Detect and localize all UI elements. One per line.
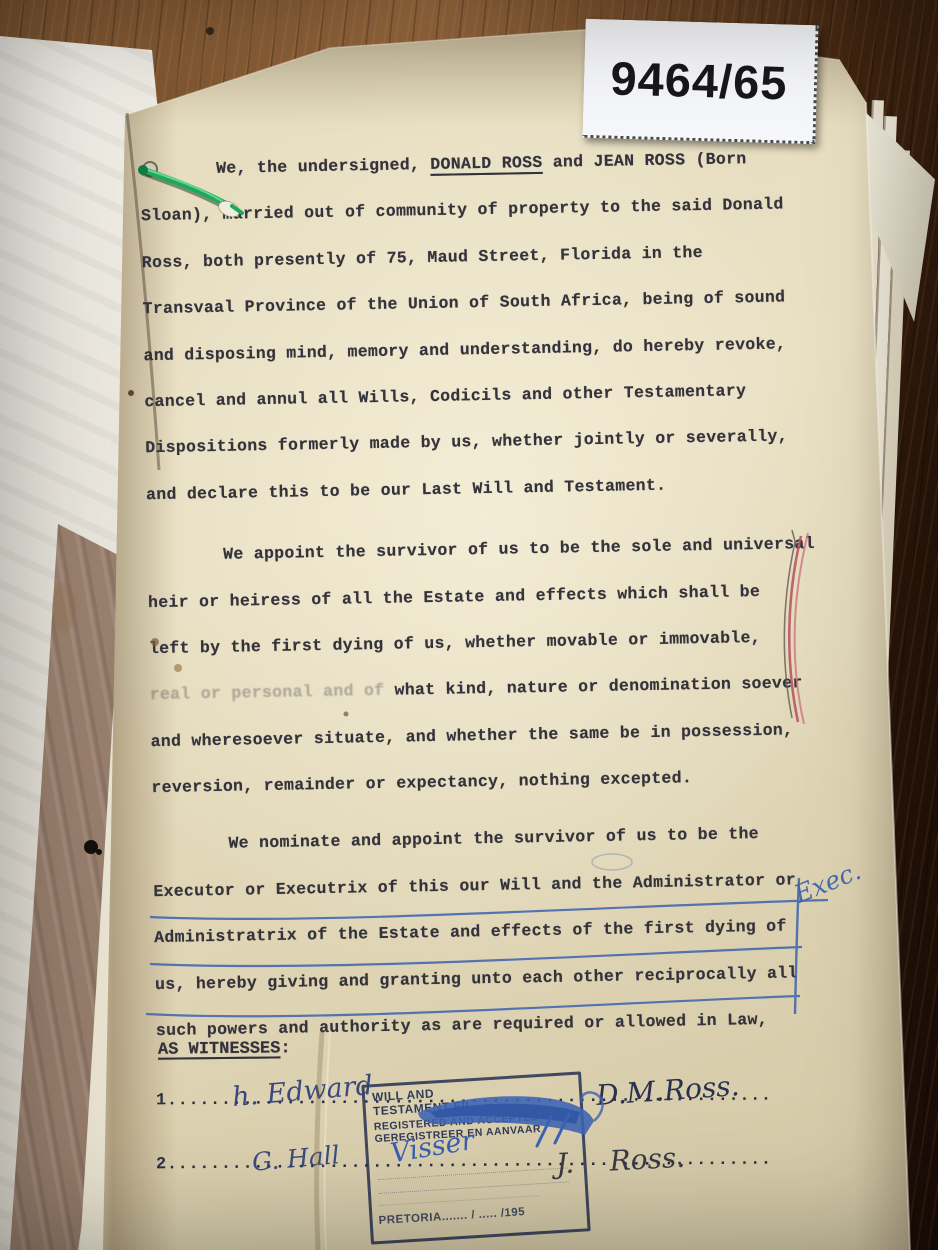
witness-heading-label: AS WITNESSES (158, 1039, 281, 1059)
will-paragraph-3: We nominate and appoint the survivor of … (152, 810, 862, 1055)
rubber-stamp: WILL AND TESTAMENT FIL REGISTERED AND AC… (361, 1071, 590, 1244)
stamp-city: PRETORIA (378, 1211, 442, 1227)
witness-number-2: 2 (156, 1155, 167, 1174)
stamp-city-dots: ....... / ..... / (441, 1207, 504, 1223)
photo-surface: We, the undersigned, DONALD ROSS and JEA… (0, 0, 938, 1250)
will-paragraph-1: We, the undersigned, DONALD ROSS and JEA… (140, 134, 853, 518)
witness-heading-colon: : (280, 1039, 290, 1058)
witness-heading: AS WITNESSES: (158, 1039, 291, 1059)
stamp-year: 195 (504, 1206, 525, 1219)
stamp-city-row: PRETORIA....... / ..... /195 (378, 1206, 525, 1227)
stamp-faint-rule-3 (380, 1195, 540, 1206)
will-paragraph-2: We appoint the survivor of us to be the … (147, 520, 858, 811)
will-text: We, the undersigned, DONALD ROSS and JEA… (140, 134, 863, 1054)
witness-number-1: 1 (156, 1091, 167, 1110)
stamp-faint-rule-1 (378, 1167, 568, 1180)
stamp-faint-rule-2 (379, 1181, 569, 1194)
archive-tag: 9464/65 (582, 19, 818, 144)
tag-number: 9464/65 (582, 19, 815, 141)
